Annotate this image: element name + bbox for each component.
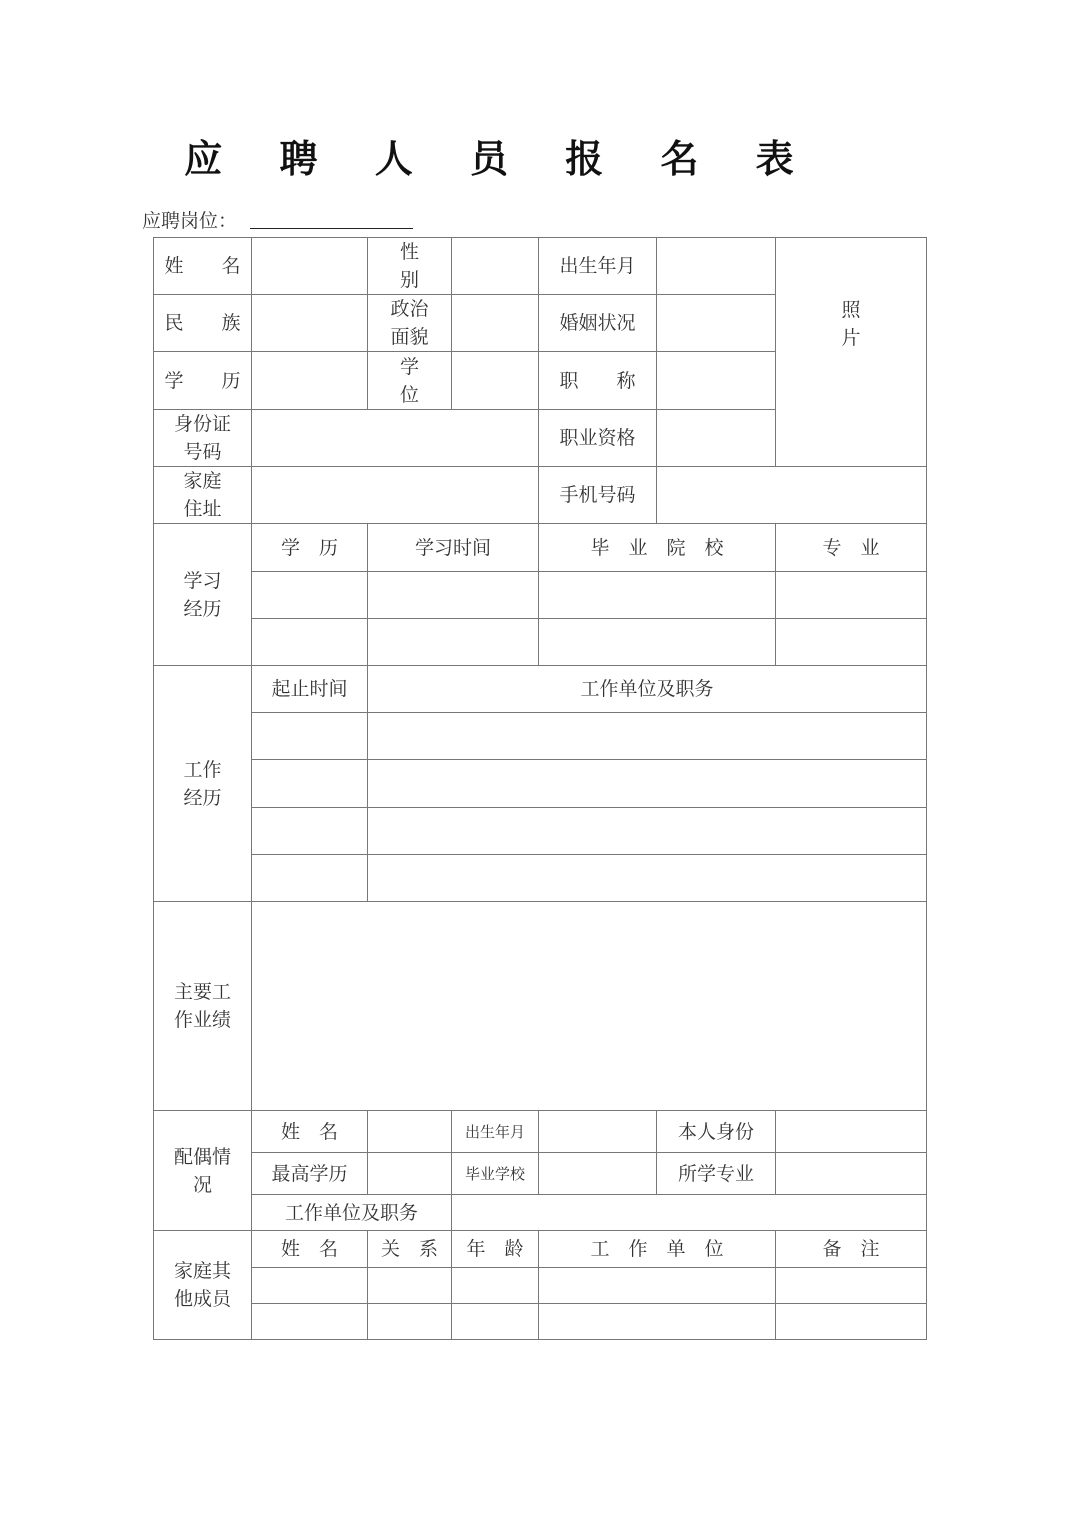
family-row-1-employer[interactable] bbox=[538, 1267, 776, 1304]
work-row-4-employer[interactable] bbox=[367, 854, 927, 902]
birth-label: 出生年月 bbox=[538, 237, 657, 295]
marital-input[interactable] bbox=[656, 294, 776, 352]
family-row-1-age[interactable] bbox=[451, 1267, 539, 1304]
spouse-birth-label: 出生年月 bbox=[451, 1110, 539, 1153]
work-row-1-period[interactable] bbox=[251, 712, 368, 760]
ethnicity-input[interactable] bbox=[251, 294, 368, 352]
education-input[interactable] bbox=[251, 351, 368, 410]
work-row-2-period[interactable] bbox=[251, 759, 368, 808]
study-row-1-school[interactable] bbox=[538, 571, 776, 619]
position-input[interactable] bbox=[250, 228, 413, 229]
spouse-section-label: 配偶情 况 bbox=[153, 1110, 252, 1231]
spouse-name-input[interactable] bbox=[367, 1110, 452, 1153]
spouse-major-label: 所学专业 bbox=[656, 1152, 776, 1195]
spouse-education-label: 最高学历 bbox=[251, 1152, 368, 1195]
gender-label: 性 别 bbox=[367, 237, 452, 295]
work-header-employer: 工作单位及职务 bbox=[367, 665, 927, 713]
study-row-1-education[interactable] bbox=[251, 571, 368, 619]
study-row-2-time[interactable] bbox=[367, 618, 539, 666]
work-header-period: 起止时间 bbox=[251, 665, 368, 713]
family-row-2-age[interactable] bbox=[451, 1303, 539, 1340]
photo-box[interactable]: 照 片 bbox=[775, 237, 927, 467]
id-input[interactable] bbox=[251, 409, 539, 467]
family-row-2-employer[interactable] bbox=[538, 1303, 776, 1340]
study-header-time: 学习时间 bbox=[367, 523, 539, 572]
work-row-1-employer[interactable] bbox=[367, 712, 927, 760]
marital-label: 婚姻状况 bbox=[538, 294, 657, 352]
spouse-education-input[interactable] bbox=[367, 1152, 452, 1195]
qualification-input[interactable] bbox=[656, 409, 776, 467]
spouse-school-input[interactable] bbox=[538, 1152, 657, 1195]
study-row-2-school[interactable] bbox=[538, 618, 776, 666]
political-label: 政治 面貌 bbox=[367, 294, 452, 352]
family-row-2-notes[interactable] bbox=[775, 1303, 927, 1340]
family-header-employer: 工 作 单 位 bbox=[538, 1230, 776, 1268]
position-label: 应聘岗位： bbox=[142, 206, 237, 233]
family-row-2-name[interactable] bbox=[251, 1303, 368, 1340]
spouse-identity-input[interactable] bbox=[775, 1110, 927, 1153]
spouse-name-label: 姓 名 bbox=[251, 1110, 368, 1153]
study-header-education: 学 历 bbox=[251, 523, 368, 572]
family-row-1-notes[interactable] bbox=[775, 1267, 927, 1304]
study-section-label: 学习 经历 bbox=[153, 523, 252, 666]
study-row-1-time[interactable] bbox=[367, 571, 539, 619]
birth-input[interactable] bbox=[656, 237, 776, 295]
achievements-input[interactable] bbox=[251, 901, 927, 1111]
family-row-2-relation[interactable] bbox=[367, 1303, 452, 1340]
family-row-1-relation[interactable] bbox=[367, 1267, 452, 1304]
family-section-label: 家庭其 他成员 bbox=[153, 1230, 252, 1340]
phone-label: 手机号码 bbox=[538, 466, 657, 524]
title-input[interactable] bbox=[656, 351, 776, 410]
study-header-school: 毕 业 院 校 bbox=[538, 523, 776, 572]
study-row-2-major[interactable] bbox=[775, 618, 927, 666]
work-row-3-period[interactable] bbox=[251, 807, 368, 855]
work-row-4-period[interactable] bbox=[251, 854, 368, 902]
spouse-work-label: 工作单位及职务 bbox=[251, 1194, 452, 1231]
spouse-identity-label: 本人身份 bbox=[656, 1110, 776, 1153]
study-header-major: 专 业 bbox=[775, 523, 927, 572]
family-header-relation: 关 系 bbox=[367, 1230, 452, 1268]
spouse-birth-input[interactable] bbox=[538, 1110, 657, 1153]
name-label: 姓 名 bbox=[153, 237, 252, 295]
work-row-2-employer[interactable] bbox=[367, 759, 927, 808]
degree-input[interactable] bbox=[451, 351, 539, 410]
family-header-name: 姓 名 bbox=[251, 1230, 368, 1268]
work-row-3-employer[interactable] bbox=[367, 807, 927, 855]
title-label: 职 称 bbox=[538, 351, 657, 410]
name-input[interactable] bbox=[251, 237, 368, 295]
id-label: 身份证 号码 bbox=[153, 409, 252, 467]
study-row-1-major[interactable] bbox=[775, 571, 927, 619]
spouse-major-input[interactable] bbox=[775, 1152, 927, 1195]
page-title: 应 聘 人 员 报 名 表 bbox=[0, 128, 1000, 183]
education-label: 学 历 bbox=[153, 351, 252, 410]
achievements-label: 主要工 作业绩 bbox=[153, 901, 252, 1111]
spouse-school-label: 毕业学校 bbox=[451, 1152, 539, 1195]
family-header-notes: 备 注 bbox=[775, 1230, 927, 1268]
spouse-work-input[interactable] bbox=[451, 1194, 927, 1231]
study-row-2-education[interactable] bbox=[251, 618, 368, 666]
political-input[interactable] bbox=[451, 294, 539, 352]
family-header-age: 年 龄 bbox=[451, 1230, 539, 1268]
family-row-1-name[interactable] bbox=[251, 1267, 368, 1304]
address-label: 家庭 住址 bbox=[153, 466, 252, 524]
phone-input[interactable] bbox=[656, 466, 927, 524]
work-section-label: 工作 经历 bbox=[153, 665, 252, 902]
ethnicity-label: 民 族 bbox=[153, 294, 252, 352]
qualification-label: 职业资格 bbox=[538, 409, 657, 467]
degree-label: 学 位 bbox=[367, 351, 452, 410]
address-input[interactable] bbox=[251, 466, 539, 524]
gender-input[interactable] bbox=[451, 237, 539, 295]
